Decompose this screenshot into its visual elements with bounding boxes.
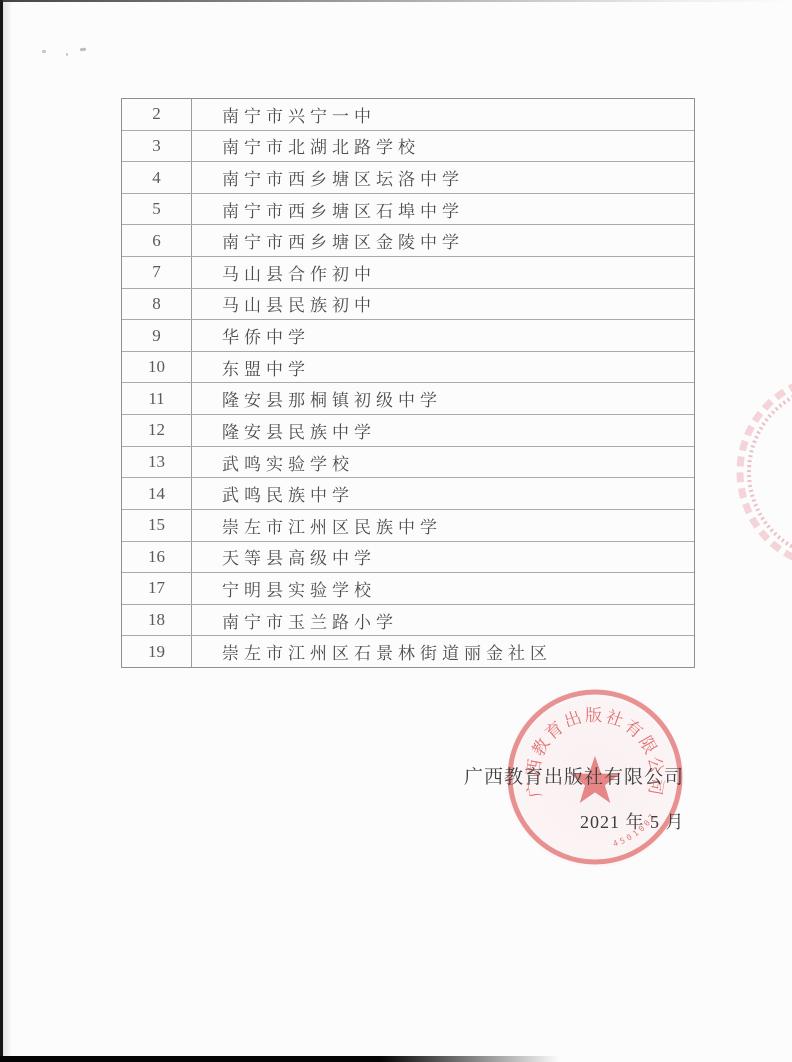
table-row: 2 南宁市兴宁一中: [122, 99, 694, 131]
table-row: 3 南宁市北湖北路学校: [122, 131, 694, 163]
row-number: 11: [122, 383, 192, 414]
row-number: 8: [122, 289, 192, 320]
stamp-bleed-through-arc: [700, 372, 792, 572]
table-row: 18 南宁市玉兰路小学: [122, 605, 694, 637]
scan-speck: [42, 50, 46, 53]
table-row: 12 隆安县民族中学: [122, 415, 694, 447]
row-number: 2: [122, 99, 192, 130]
table-row: 16 天等县高级中学: [122, 542, 694, 574]
school-name: 马山县民族初中: [192, 289, 694, 320]
scan-speck: [80, 48, 86, 52]
table-row: 10 东盟中学: [122, 352, 694, 384]
table-row: 13 武鸣实验学校: [122, 447, 694, 479]
school-name: 南宁市西乡塘区石埠中学: [192, 194, 694, 225]
table-row: 7 马山县合作初中: [122, 257, 694, 289]
row-number: 14: [122, 478, 192, 509]
school-name: 隆安县民族中学: [192, 415, 694, 446]
row-number: 16: [122, 542, 192, 573]
school-name: 东盟中学: [192, 352, 694, 383]
school-name: 隆安县那桐镇初级中学: [192, 383, 694, 414]
scan-edge-bottom: [0, 1056, 560, 1062]
table-row: 8 马山县民族初中: [122, 289, 694, 321]
row-number: 9: [122, 320, 192, 351]
scan-speck: [66, 53, 68, 56]
school-name: 武鸣实验学校: [192, 447, 694, 478]
row-number: 13: [122, 447, 192, 478]
row-number: 3: [122, 131, 192, 162]
row-number: 5: [122, 194, 192, 225]
row-number: 6: [122, 225, 192, 256]
row-number: 10: [122, 352, 192, 383]
company-signature: 广西教育出版社有限公司: [464, 762, 684, 789]
table-row: 11 隆安县那桐镇初级中学: [122, 383, 694, 415]
table-row: 17 宁明县实验学校: [122, 573, 694, 605]
school-name: 南宁市北湖北路学校: [192, 131, 694, 162]
school-name: 马山县合作初中: [192, 257, 694, 288]
row-number: 17: [122, 573, 192, 604]
row-number: 19: [122, 636, 192, 667]
table-row: 4 南宁市西乡塘区坛洛中学: [122, 162, 694, 194]
signature-date: 2021 年 5 月: [580, 808, 685, 834]
school-name: 南宁市兴宁一中: [192, 99, 694, 130]
school-name: 宁明县实验学校: [192, 573, 694, 604]
school-name: 天等县高级中学: [192, 542, 694, 573]
table-row: 14 武鸣民族中学: [122, 478, 694, 510]
table-row: 19 崇左市江州区石景林街道丽金社区: [122, 636, 694, 667]
scan-edge-left-shadow: [3, 0, 12, 1062]
table-row: 6 南宁市西乡塘区金陵中学: [122, 225, 694, 257]
table-row: 9 华侨中学: [122, 320, 694, 352]
school-list-table: 2 南宁市兴宁一中 3 南宁市北湖北路学校 4 南宁市西乡塘区坛洛中学 5 南宁…: [121, 98, 695, 668]
scan-edge-top: [0, 0, 792, 2]
table-row: 5 南宁市西乡塘区石埠中学: [122, 194, 694, 226]
scanned-document-page: 2 南宁市兴宁一中 3 南宁市北湖北路学校 4 南宁市西乡塘区坛洛中学 5 南宁…: [0, 0, 792, 1062]
row-number: 12: [122, 415, 192, 446]
school-name: 崇左市江州区石景林街道丽金社区: [192, 636, 694, 667]
school-name: 华侨中学: [192, 320, 694, 351]
row-number: 7: [122, 257, 192, 288]
row-number: 15: [122, 510, 192, 541]
row-number: 4: [122, 162, 192, 193]
school-name: 南宁市玉兰路小学: [192, 605, 694, 636]
school-name: 武鸣民族中学: [192, 478, 694, 509]
row-number: 18: [122, 605, 192, 636]
school-name: 南宁市西乡塘区坛洛中学: [192, 162, 694, 193]
school-name: 崇左市江州区民族中学: [192, 510, 694, 541]
table-row: 15 崇左市江州区民族中学: [122, 510, 694, 542]
school-name: 南宁市西乡塘区金陵中学: [192, 225, 694, 256]
